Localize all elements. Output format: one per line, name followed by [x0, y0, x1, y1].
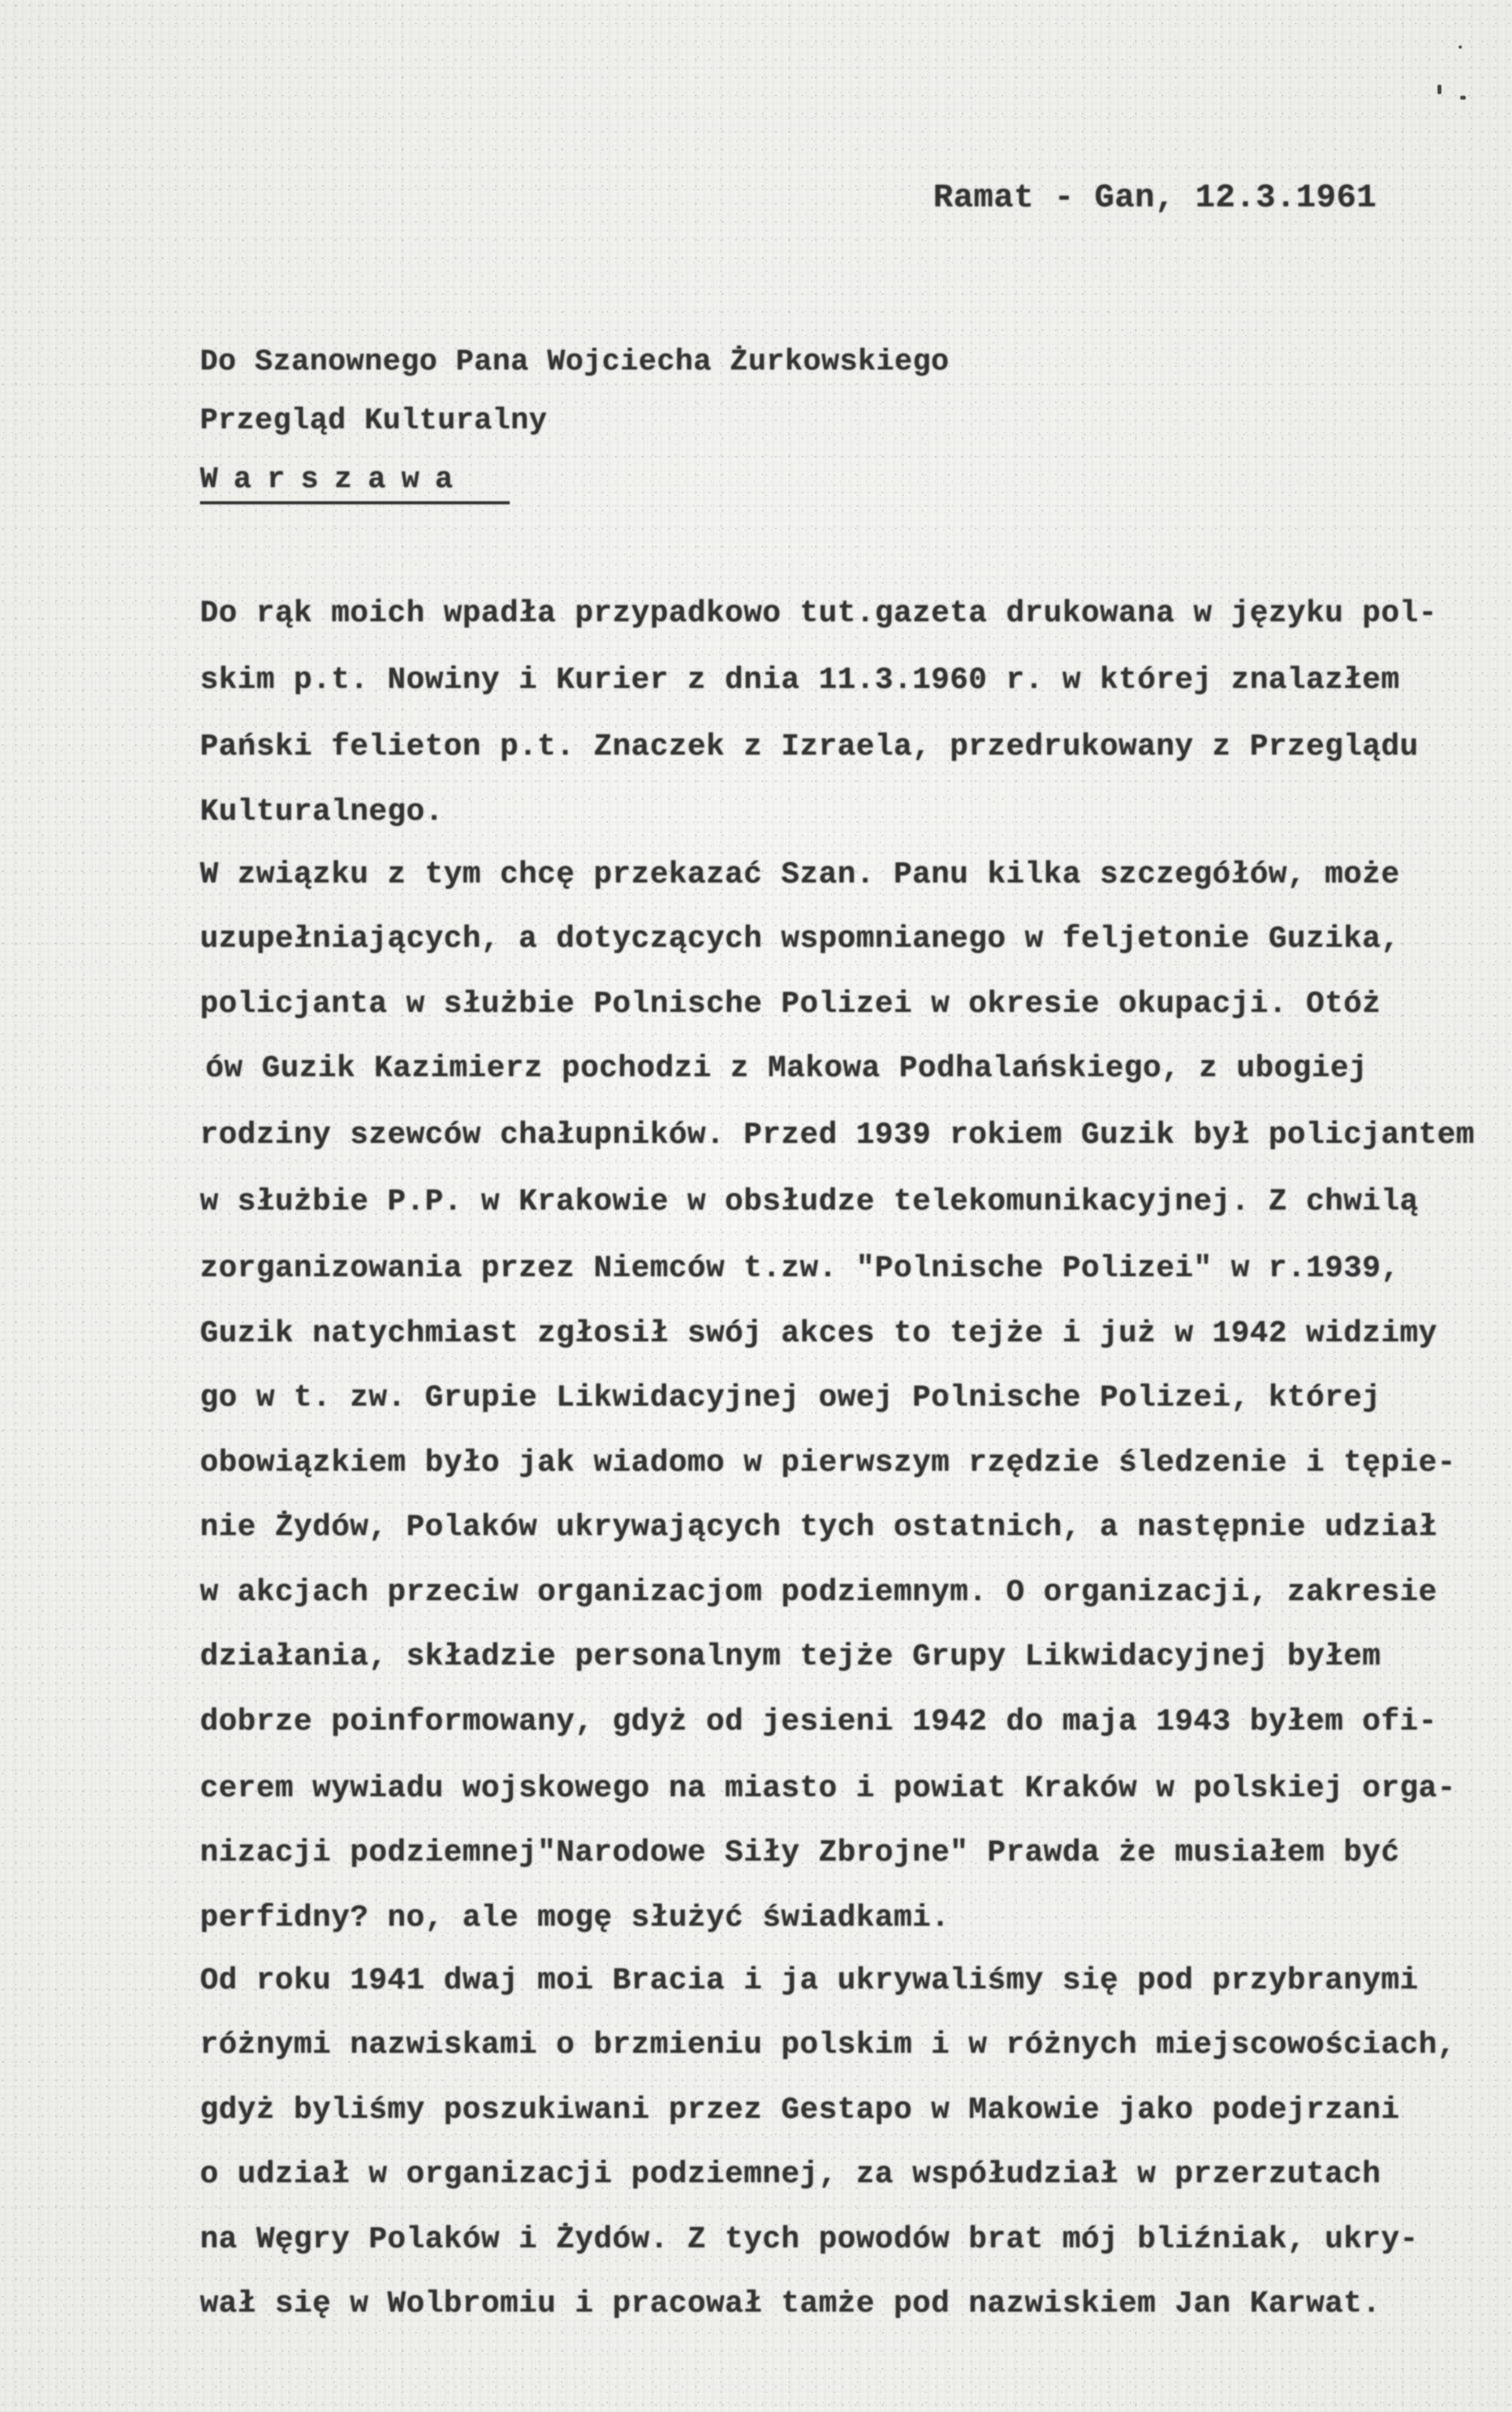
body-line: ów Guzik Kazimierz pochodzi z Makowa Pod…: [205, 1051, 1368, 1086]
body-line: rodziny szewców chałupników. Przed 1939 …: [200, 1118, 1474, 1152]
body-line: obowiązkiem było jak wiadomo w pierwszym…: [200, 1446, 1456, 1480]
body-line: w akcjach przeciw organizacjom podziemny…: [200, 1575, 1437, 1610]
addressee-publication: Przegląd Kulturalny: [200, 404, 547, 438]
addressee-city: Warszawa: [200, 463, 468, 497]
body-line: go w t. zw. Grupie Likwidacyjnej owej Po…: [200, 1381, 1381, 1415]
body-line: zorganizowania przez Niemców t.zw. "Poln…: [200, 1251, 1400, 1286]
ink-mark: [1459, 45, 1462, 49]
body-line: Kulturalnego.: [200, 795, 444, 829]
body-line: różnymi nazwiskami o brzmieniu polskim i…: [200, 2028, 1456, 2062]
body-line: policjanta w służbie Polnische Polizei w…: [200, 987, 1381, 1021]
body-line: Pański felieton p.t. Znaczek z Izraela, …: [200, 729, 1419, 764]
body-line: W związku z tym chcę przekazać Szan. Pan…: [200, 857, 1400, 892]
body-line: gdyż byliśmy poszukiwani przez Gestapo w…: [200, 2093, 1400, 2127]
body-line: cerem wywiadu wojskowego na miasto i pow…: [200, 1771, 1456, 1806]
body-line: uzupełniających, a dotyczących wspomnian…: [200, 922, 1400, 956]
body-line: skim p.t. Nowiny i Kurier z dnia 11.3.19…: [200, 663, 1400, 697]
body-line: na Węgry Polaków i Żydów. Z tych powodów…: [200, 2222, 1419, 2257]
body-line: nizacji podziemnej"Narodowe Siły Zbrojne…: [200, 1835, 1400, 1870]
body-line: działania, składzie personalnym tejże Gr…: [200, 1639, 1381, 1674]
body-line: Do rąk moich wpadła przypadkowo tut.gaze…: [200, 596, 1437, 631]
body-line: o udział w organizacji podziemnej, za ws…: [200, 2157, 1381, 2192]
body-line: Od roku 1941 dwaj moi Bracia i ja ukrywa…: [200, 1963, 1419, 1998]
addressee-name: Do Szanownego Pana Wojciecha Żurkowskieg…: [200, 345, 949, 379]
body-line: wał się w Wolbromiu i pracował tamże pod…: [200, 2286, 1381, 2321]
body-line: nie Żydów, Polaków ukrywających tych ost…: [200, 1510, 1437, 1544]
body-line: w służbie P.P. w Krakowie w obsłudze tel…: [200, 1184, 1419, 1219]
city-underline: [200, 501, 510, 504]
body-line: Guzik natychmiast zgłosił swój akces to …: [200, 1316, 1437, 1351]
body-line: perfidny? no, ale mogę służyć świadkami.: [200, 1901, 950, 1935]
ink-mark: [1437, 85, 1441, 94]
body-line: dobrze poinformowany, gdyż od jesieni 19…: [200, 1704, 1437, 1739]
typewritten-letter-page: Ramat - Gan, 12.3.1961 Do Szanownego Pan…: [0, 0, 1512, 2412]
ink-mark: [1460, 96, 1466, 100]
place-and-date: Ramat - Gan, 12.3.1961: [933, 179, 1377, 216]
